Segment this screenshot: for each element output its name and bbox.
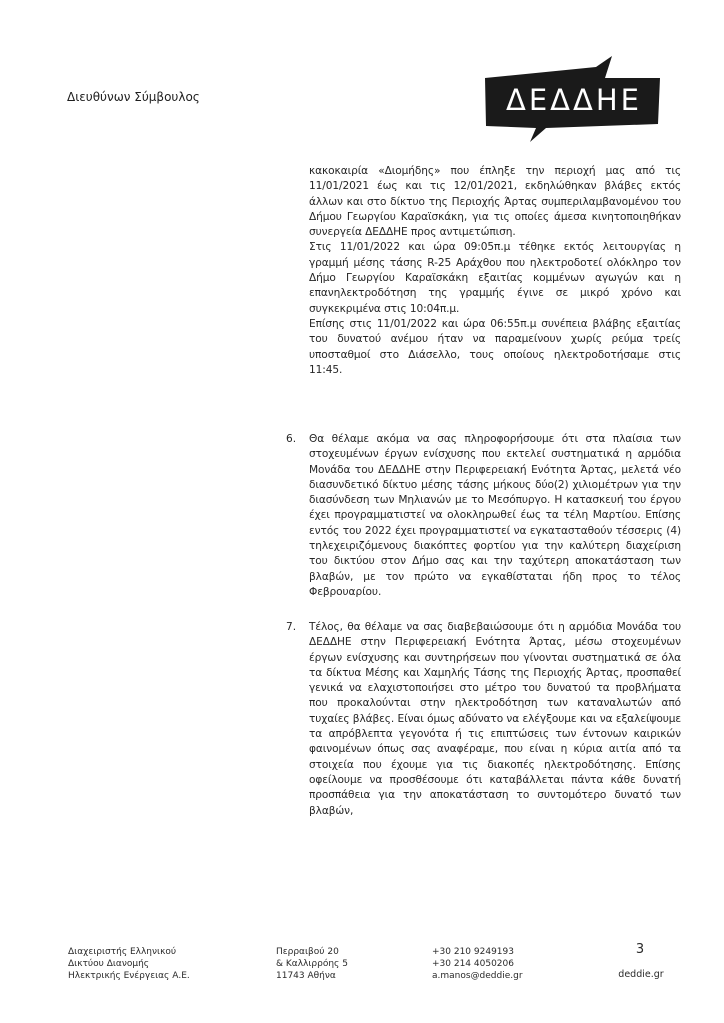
item-text: Τέλος, θα θέλαμε να σας διαβεβαιώσουμε ό… [309,620,681,819]
numbered-item-6: 6. Θα θέλαμε ακόμα να σας πληροφορήσουμε… [286,432,681,600]
company-line: Ηλεκτρικής Ενέργειας Α.Ε. [68,970,190,982]
footer-address: Περραιβού 20 & Καλλιρρόης 5 11743 Αθήνα [276,946,348,982]
item-text: Θα θέλαμε ακόμα να σας πληροφορήσουμε ότ… [309,432,681,600]
paragraph-storm: κακοκαιρία «Διομήδης» που έπληξε την περ… [309,164,681,240]
paragraph-diasello: Επίσης στις 11/01/2022 και ώρα 06:55π.μ … [309,317,681,378]
numbered-item-7: 7. Τέλος, θα θέλαμε να σας διαβεβαιώσουμ… [286,620,681,819]
item-number: 7. [286,620,306,635]
sender-title: Διευθύνων Σύμβουλος [67,90,200,104]
item-number: 6. [286,432,306,447]
website: deddie.gr [606,969,676,981]
intro-paragraphs: κακοκαιρία «Διομήδης» που έπληξε την περ… [309,164,681,378]
phone-number: +30 210 9249193 [432,946,523,958]
company-line: Δικτύου Διανομής [68,958,190,970]
footer-contact: +30 210 9249193 +30 214 4050206 a.manos@… [432,946,523,982]
address-line: Περραιβού 20 [276,946,348,958]
page-number: 3 [620,944,660,956]
deddie-logo: ΔΕΔΔΗΕ [484,54,662,144]
footer-company: Διαχειριστής Ελληνικού Δικτύου Διανομής … [68,946,190,982]
company-line: Διαχειριστής Ελληνικού [68,946,190,958]
svg-text:ΔΕΔΔΗΕ: ΔΕΔΔΗΕ [506,83,642,117]
email-address: a.manos@deddie.gr [432,970,523,982]
address-line: 11743 Αθήνα [276,970,348,982]
paragraph-r25-line: Στις 11/01/2022 και ώρα 09:05π.μ τέθηκε … [309,240,681,316]
phone-number: +30 214 4050206 [432,958,523,970]
address-line: & Καλλιρρόης 5 [276,958,348,970]
